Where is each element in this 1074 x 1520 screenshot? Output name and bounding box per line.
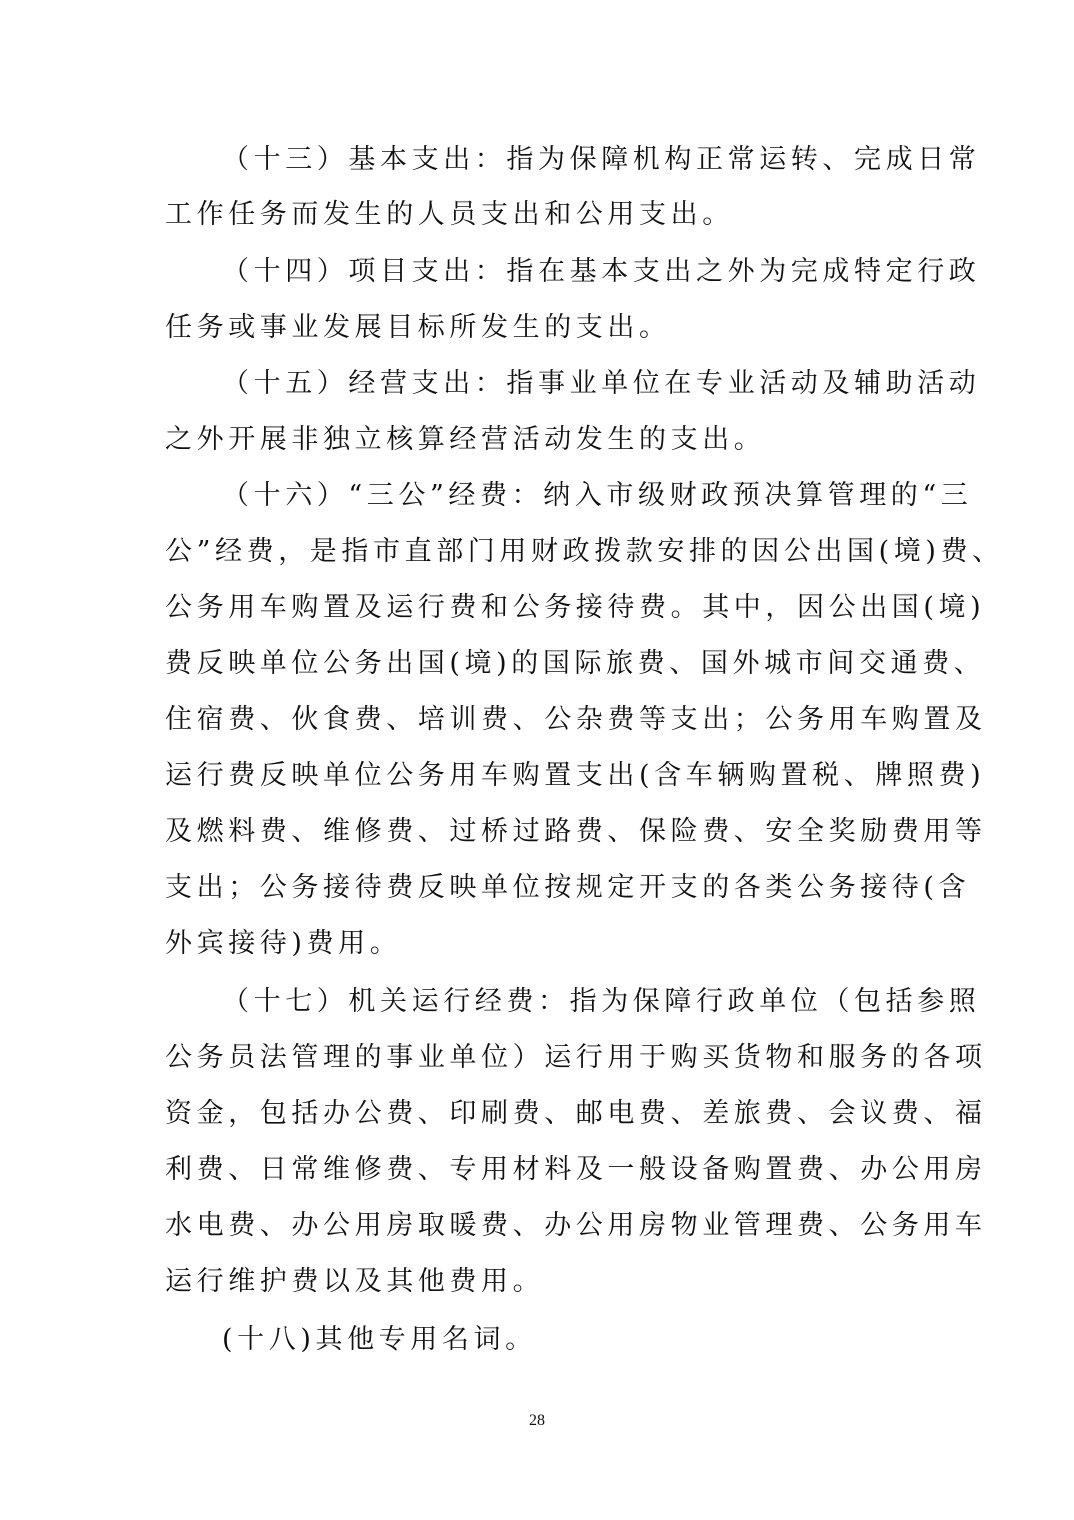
paragraph-17-line-5: 水电费、办公用房取暖费、办公用房物业管理费、公务用车 [165,1206,915,1246]
paragraph-16-line-7: 及燃料费、维修费、过桥过路费、保险费、安全奖励费用等 [165,812,915,852]
paragraph-13-line-2: 工作任务而发生的人员支出和公用支出。 [165,195,915,235]
paragraph-15-line-2: 之外开展非独立核算经营活动发生的支出。 [165,420,915,460]
paragraph-17-line-6: 运行维护费以及其他费用。 [165,1262,915,1302]
paragraph-17-line-2: 公务员法管理的事业单位）运行用于购买货物和服务的各项 [165,1038,915,1078]
paragraph-16-line-9: 外宾接待)费用。 [165,924,915,964]
document-page: （十三）基本支出：指为保障机构正常运转、完成日常 工作任务而发生的人员支出和公用… [0,0,1074,1520]
paragraph-16-line-8: 支出；公务接待费反映单位按规定开支的各类公务接待(含 [165,868,915,908]
paragraph-17-line-1: （十七）机关运行经费：指为保障行政单位（包括参照 [222,982,972,1022]
paragraph-16-line-2: 公”经费，是指市直部门用财政拨款安排的因公出国(境)费、 [165,532,915,572]
paragraph-16-line-5: 住宿费、伙食费、培训费、公杂费等支出；公务用车购置及 [165,700,915,740]
paragraph-15-line-1: （十五）经营支出：指事业单位在专业活动及辅助活动 [222,364,972,404]
paragraph-16-line-4: 费反映单位公务出国(境)的国际旅费、国外城市间交通费、 [165,644,915,684]
paragraph-14-line-2: 任务或事业发展目标所发生的支出。 [165,308,915,348]
page-number: 28 [0,1412,1074,1430]
paragraph-16-line-1: （十六）“三公”经费：纳入市级财政预决算管理的“三 [222,476,972,516]
paragraph-16-line-6: 运行费反映单位公务用车购置支出(含车辆购置税、牌照费) [165,756,915,796]
paragraph-16-line-3: 公务用车购置及运行费和公务接待费。其中，因公出国(境) [165,588,915,628]
paragraph-13-line-1: （十三）基本支出：指为保障机构正常运转、完成日常 [222,140,972,180]
paragraph-14-line-1: （十四）项目支出：指在基本支出之外为完成特定行政 [222,252,972,292]
paragraph-17-line-3: 资金，包括办公费、印刷费、邮电费、差旅费、会议费、福 [165,1094,915,1134]
paragraph-18-line-1: (十八)其他专用名词。 [222,1320,972,1360]
paragraph-17-line-4: 利费、日常维修费、专用材料及一般设备购置费、办公用房 [165,1150,915,1190]
